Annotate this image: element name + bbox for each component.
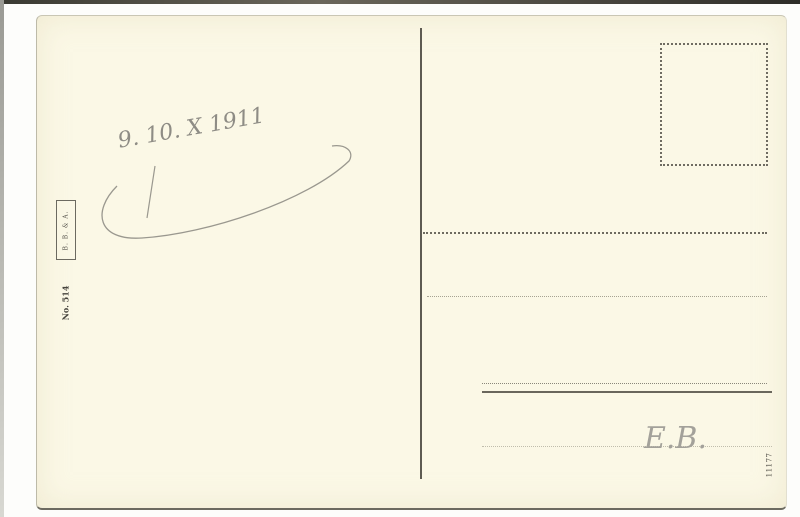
card-number: No. 514 bbox=[60, 286, 70, 321]
publisher-mark-box: B. B. & A. bbox=[56, 200, 76, 260]
address-line-4 bbox=[482, 446, 772, 447]
printer-mark: 11177 bbox=[765, 453, 773, 478]
printer-mark-label: 11177 bbox=[762, 448, 776, 482]
address-line-2 bbox=[427, 296, 767, 297]
address-line-1 bbox=[423, 232, 767, 234]
center-divider-line bbox=[420, 28, 422, 479]
stamp-placeholder-box bbox=[660, 43, 768, 166]
publisher-mark: B. B. & A. bbox=[63, 210, 70, 250]
postcard-back: B. B. & A. No. 514 9. 10. X 1911 E.B. 11… bbox=[36, 15, 787, 510]
address-line-3-solid bbox=[482, 391, 772, 393]
scan-top-edge bbox=[0, 0, 800, 4]
handwritten-initials: E.B. bbox=[644, 421, 707, 456]
scan-left-edge bbox=[0, 0, 4, 517]
card-number-label: No. 514 bbox=[55, 278, 75, 328]
address-line-3-dotted bbox=[482, 383, 767, 384]
